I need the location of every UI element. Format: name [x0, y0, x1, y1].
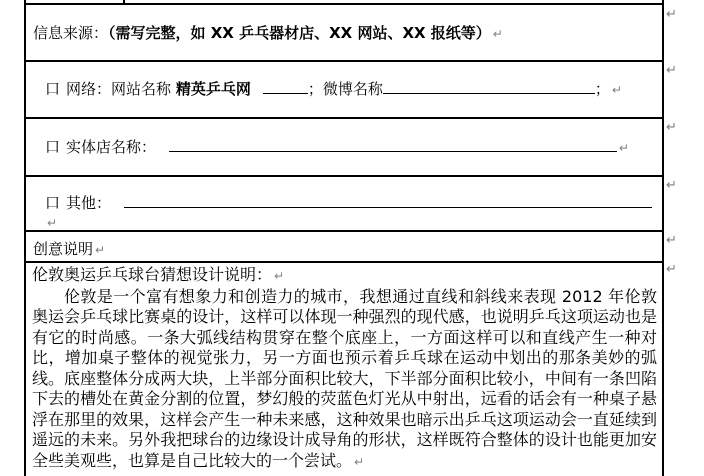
table-row-store: 口实体店名称： ↵	[26, 119, 662, 177]
network-label: 网络：网站名称	[66, 80, 171, 98]
other-input-line[interactable]	[124, 194, 652, 208]
store-name-input-line[interactable]	[169, 138, 617, 152]
table-row-description: 伦敦奥运乒乓球台猜想设计说明：↵ 伦敦是一个富有想象力和创造力的城市，我想通过直…	[26, 263, 662, 476]
form-table: 信息来源：（需写完整，如 XX 乒乓器材店、XX 网站、XX 报纸等）↵ 口网络…	[24, 0, 664, 476]
paragraph-mark-icon: ↵	[493, 27, 503, 41]
table-row-other: 口其他： ↵	[26, 177, 662, 232]
row-end-mark-icon: ↵	[666, 64, 677, 77]
network-site-name-value: 精英乒乓网	[176, 80, 251, 98]
network-tail: ；	[595, 80, 610, 98]
paragraph-mark-icon: ↵	[619, 141, 629, 155]
paragraph-mark-icon: ↵	[354, 455, 364, 469]
row-end-mark-icon: ↵	[666, 179, 677, 192]
row-end-mark-icon: ↵	[666, 263, 677, 276]
table-row-network: 口网络：网站名称 精英乒乓网；微博名称；↵	[26, 62, 662, 119]
weibo-name-input-line[interactable]	[383, 80, 595, 94]
creative-header-label: 创意说明	[33, 240, 93, 258]
row-end-mark-icon: ↵	[666, 121, 677, 134]
info-source-note: （需写完整，如 XX 乒乓器材店、XX 网站、XX 报纸等）	[108, 24, 491, 42]
paragraph-mark-icon: ↵	[612, 83, 622, 97]
row-end-mark-icon: ↵	[666, 234, 677, 247]
description-title: 伦敦奥运乒乓球台猜想设计说明：	[32, 265, 272, 284]
description-body-text: 伦敦是一个富有想象力和创造力的城市，我想通过直线和斜线来表现 2012 年伦敦奥…	[32, 287, 657, 470]
network-checkbox[interactable]: 口	[45, 78, 60, 99]
table-row-info-source: 信息来源：（需写完整，如 XX 乒乓器材店、XX 网站、XX 报纸等）↵	[26, 5, 662, 62]
document-page: 信息来源：（需写完整，如 XX 乒乓器材店、XX 网站、XX 报纸等）↵ 口网络…	[0, 0, 704, 476]
other-label: 其他：	[66, 194, 111, 212]
table-row-creative-header: 创意说明↵	[26, 232, 662, 263]
other-checkbox[interactable]: 口	[45, 192, 60, 213]
paragraph-mark-icon: ↵	[47, 216, 57, 230]
row-end-mark-icon: ↵	[666, 8, 677, 21]
network-mid-label: ；微博名称	[308, 80, 383, 98]
store-label: 实体店名称：	[66, 138, 156, 156]
site-name-input-line[interactable]	[263, 80, 308, 94]
info-source-label: 信息来源：	[33, 24, 108, 42]
store-checkbox[interactable]: 口	[45, 136, 60, 157]
paragraph-mark-icon: ↵	[95, 243, 105, 257]
paragraph-mark-icon: ↵	[274, 269, 284, 283]
